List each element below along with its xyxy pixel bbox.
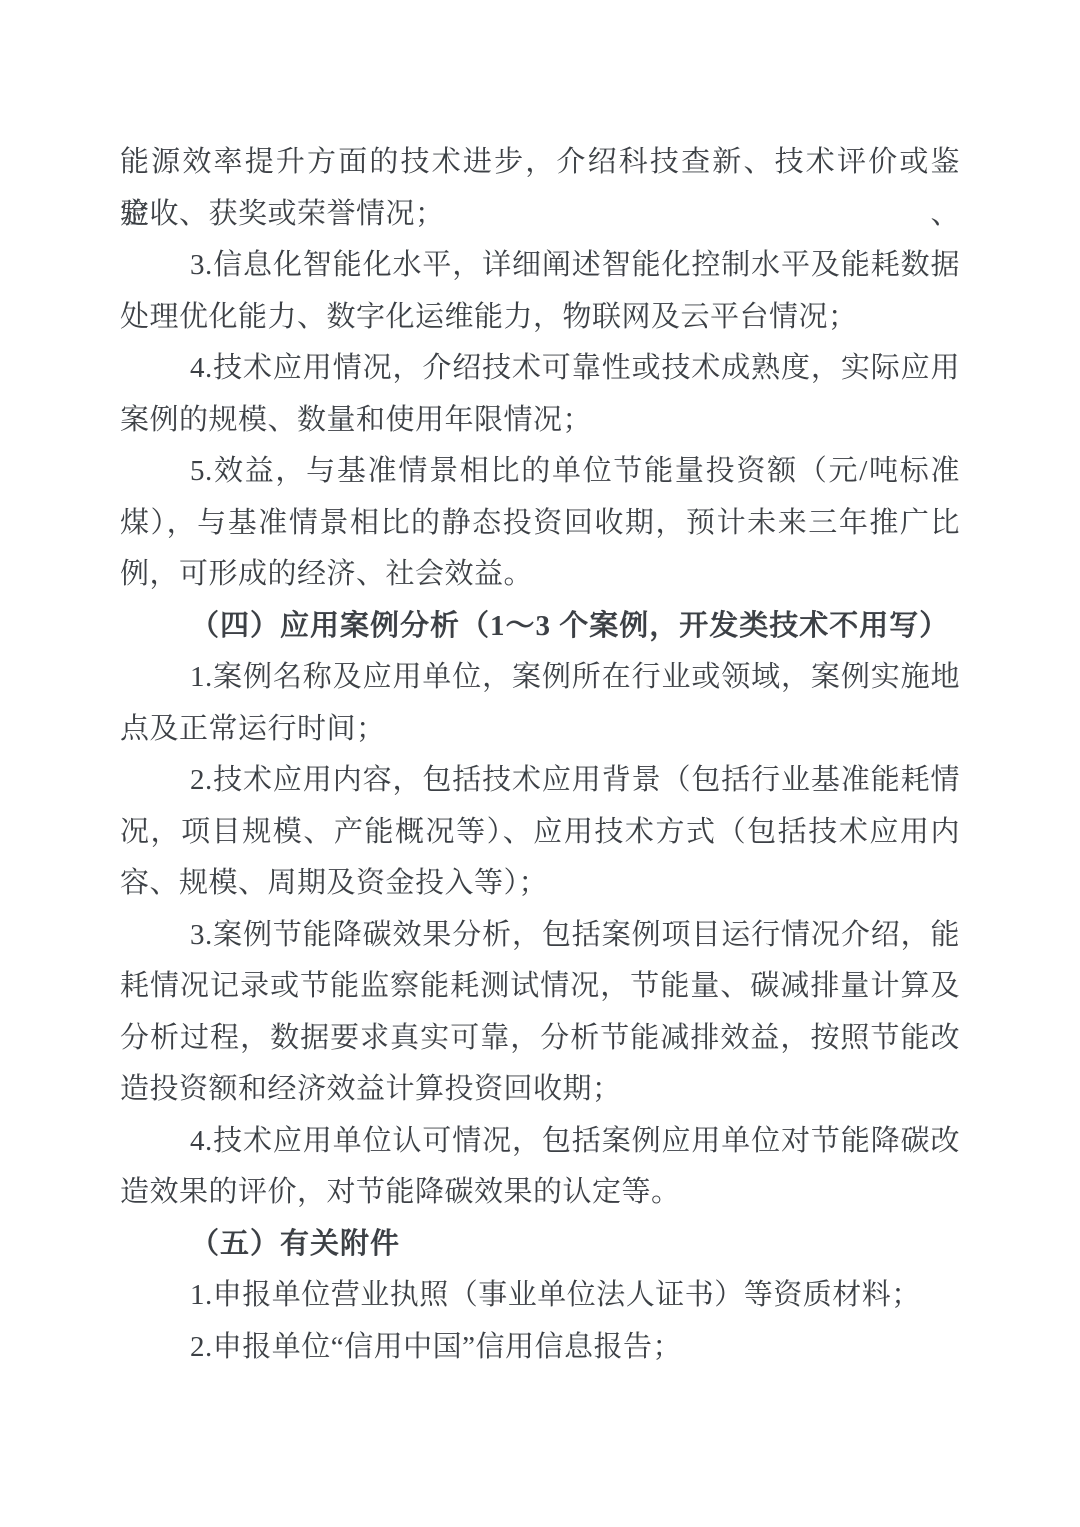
text-line: 1.案例名称及应用单位，案例所在行业或领域，案例实施地 [120,652,960,704]
text-line: 5.效益，与基准情景相比的单位节能量投资额（元/吨标准 [120,446,960,498]
section-heading: （四）应用案例分析（1～3 个案例，开发类技术不用写） [120,601,960,653]
section-heading: （五）有关附件 [120,1219,960,1271]
text-line: 况，项目规模、产能概况等）、应用技术方式（包括技术应用内 [120,807,960,859]
text-line: 造效果的评价，对节能降碳效果的认定等。 [120,1167,960,1219]
text-line: 耗情况记录或节能监察能耗测试情况，节能量、碳减排量计算及 [120,961,960,1013]
text-line: 2.技术应用内容，包括技术应用背景（包括行业基准能耗情 [120,755,960,807]
text-line: 分析过程，数据要求真实可靠，分析节能减排效益，按照节能改 [120,1013,960,1065]
text-line: 处理优化能力、数字化运维能力，物联网及云平台情况； [120,292,960,344]
text-line: 煤），与基准情景相比的静态投资回收期，预计未来三年推广比 [120,498,960,550]
text-line: 例，可形成的经济、社会效益。 [120,549,960,601]
text-line: 案例的规模、数量和使用年限情况； [120,395,960,447]
document-page: 能源效率提升方面的技术进步，介绍科技查新、技术评价或鉴定、 验收、获奖或荣誉情况… [0,0,1080,1527]
text-line: 点及正常运行时间； [120,704,960,756]
text-line: 4.技术应用情况，介绍技术可靠性或技术成熟度，实际应用 [120,343,960,395]
text-line: 容、规模、周期及资金投入等）； [120,858,960,910]
text-line: 3.案例节能降碳效果分析，包括案例项目运行情况介绍，能 [120,910,960,962]
document-text-block: 能源效率提升方面的技术进步，介绍科技查新、技术评价或鉴定、 验收、获奖或荣誉情况… [120,137,960,1373]
text-line: 4.技术应用单位认可情况，包括案例应用单位对节能降碳改 [120,1116,960,1168]
text-line: 3.信息化智能化水平，详细阐述智能化控制水平及能耗数据 [120,240,960,292]
text-line: 1.申报单位营业执照（事业单位法人证书）等资质材料； [120,1270,960,1322]
text-line: 2.申报单位“信用中国”信用信息报告； [120,1322,960,1374]
text-line: 能源效率提升方面的技术进步，介绍科技查新、技术评价或鉴定、 [120,137,960,189]
text-line: 造投资额和经济效益计算投资回收期； [120,1064,960,1116]
